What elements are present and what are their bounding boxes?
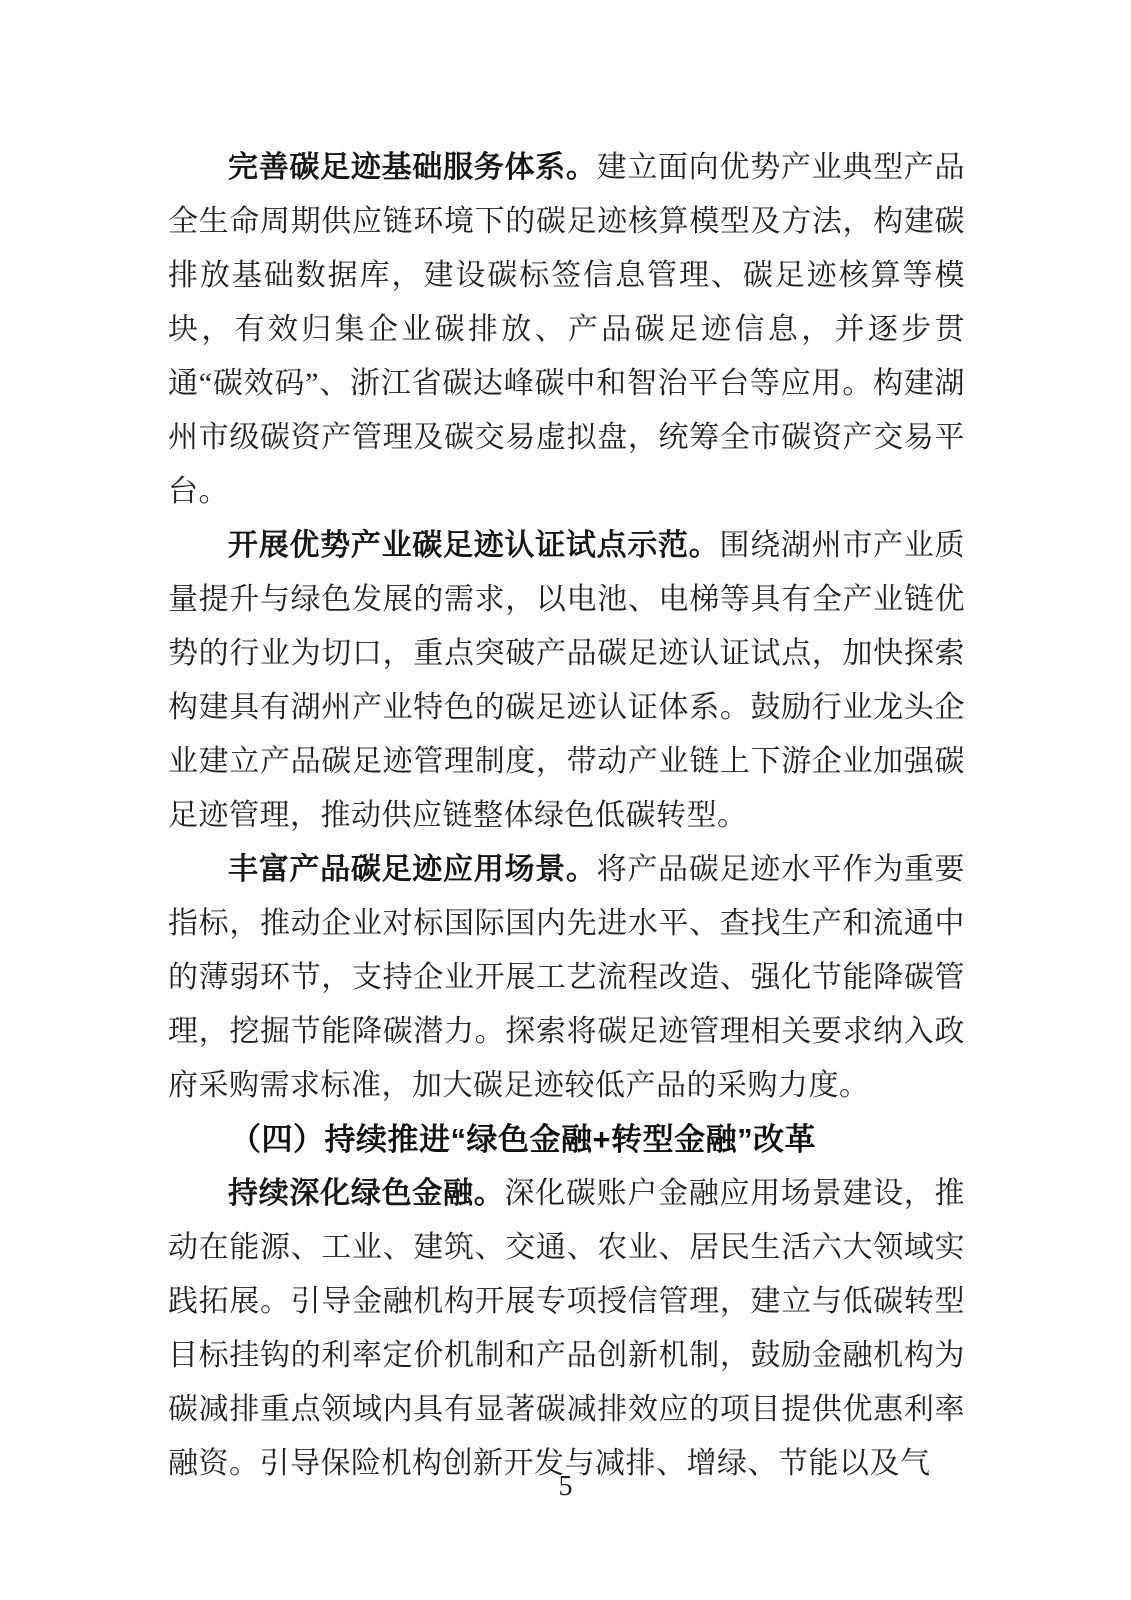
- paragraph-lead: 持续深化绿色金融。: [228, 1177, 504, 1210]
- paragraph: 丰富产品碳足迹应用场景。将产品碳足迹水平作为重要指标，推动企业对标国际国内先进水…: [168, 843, 965, 1113]
- paragraph: 开展优势产业碳足迹认证试点示范。围绕湖州市产业质量提升与绿色发展的需求，以电池、…: [168, 519, 965, 843]
- document-page: 完善碳足迹基础服务体系。建立面向优势产业典型产品全生命周期供应链环境下的碳足迹核…: [0, 0, 1131, 1600]
- paragraph-text: 将产品碳足迹水平作为重要指标，推动企业对标国际国内先进水平、查找生产和流通中的薄…: [168, 853, 965, 1102]
- paragraph: 完善碳足迹基础服务体系。建立面向优势产业典型产品全生命周期供应链环境下的碳足迹核…: [168, 141, 965, 519]
- paragraph: 持续深化绿色金融。深化碳账户金融应用场景建设，推动在能源、工业、建筑、交通、农业…: [168, 1167, 965, 1491]
- paragraph-lead: 完善碳足迹基础服务体系。: [228, 151, 597, 184]
- page-number: 5: [0, 1469, 1131, 1505]
- paragraph-text: 深化碳账户金融应用场景建设，推动在能源、工业、建筑、交通、农业、居民生活六大领域…: [168, 1177, 965, 1480]
- page-body: 完善碳足迹基础服务体系。建立面向优势产业典型产品全生命周期供应链环境下的碳足迹核…: [168, 141, 965, 1491]
- section-heading: （四）持续推进“绿色金融+转型金融”改革: [168, 1113, 965, 1167]
- paragraph-lead: 丰富产品碳足迹应用场景。: [228, 853, 597, 886]
- paragraph-lead: 开展优势产业碳足迹认证试点示范。: [228, 529, 719, 562]
- paragraph-text: 围绕湖州市产业质量提升与绿色发展的需求，以电池、电梯等具有全产业链优势的行业为切…: [168, 529, 965, 832]
- paragraph-text: 建立面向优势产业典型产品全生命周期供应链环境下的碳足迹核算模型及方法，构建碳排放…: [168, 151, 965, 508]
